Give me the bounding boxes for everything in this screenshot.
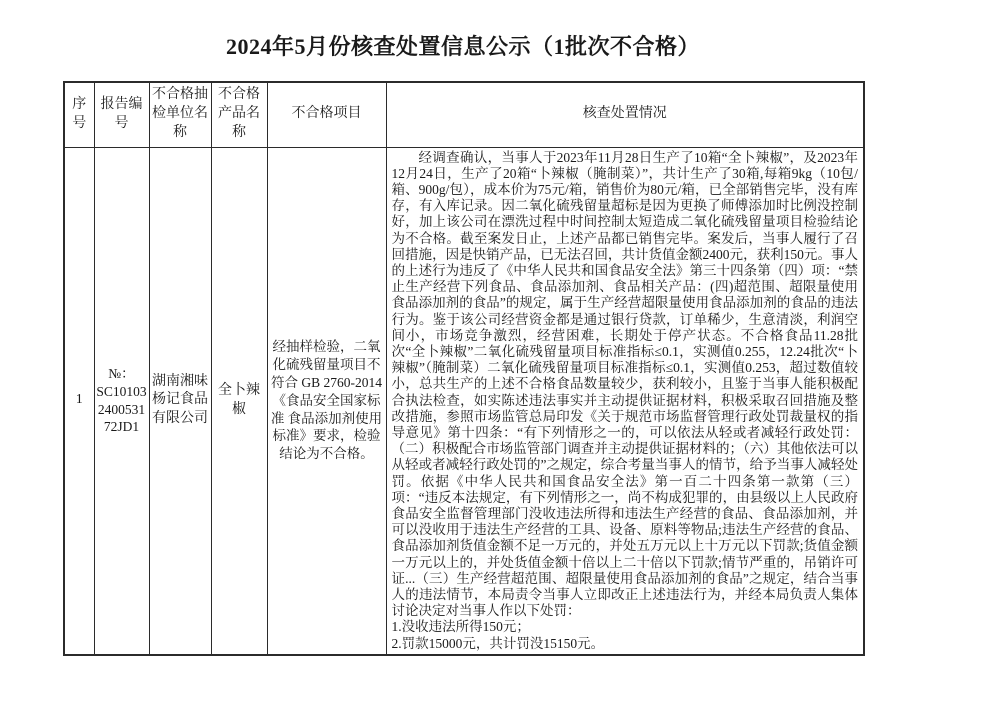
cell-seq: 1 <box>64 147 94 655</box>
col-header-disposal: 核查处置情况 <box>386 82 864 147</box>
col-header-company: 不合格抽检单位名称 <box>149 82 211 147</box>
cell-report-no: №： SC10103 2400531 72JD1 <box>94 147 149 655</box>
col-header-report: 报告编号 <box>94 82 149 147</box>
cell-issue: 经抽样检验，二氧化硫残留量项目不符合 GB 2760-2014《食品安全国家标准… <box>267 147 386 655</box>
col-header-issue: 不合格项目 <box>267 82 386 147</box>
table-header-row: 序号 报告编号 不合格抽检单位名称 不合格产品名称 不合格项目 核查处置情况 <box>64 82 864 147</box>
document-page: 2024年5月份核查处置信息公示（1批次不合格） 序号 报告编号 不合格抽检单位… <box>0 0 1000 706</box>
col-header-product: 不合格产品名称 <box>211 82 267 147</box>
penalty-line-1: 1.没收违法所得150元； <box>392 619 859 635</box>
disposal-paragraph: 经调查确认，当事人于2023年11月28日生产了10箱“全卜辣椒”，及2023年… <box>392 150 859 620</box>
cell-disposal: 经调查确认，当事人于2023年11月28日生产了10箱“全卜辣椒”，及2023年… <box>386 147 864 655</box>
col-header-seq: 序号 <box>64 82 94 147</box>
cell-product: 全卜辣椒 <box>211 147 267 655</box>
penalty-line-2: 2.罚款15000元，共计罚没15150元。 <box>392 636 859 652</box>
disposal-table: 序号 报告编号 不合格抽检单位名称 不合格产品名称 不合格项目 核查处置情况 1… <box>63 81 865 656</box>
cell-company: 湖南湘味杨记食品有限公司 <box>149 147 211 655</box>
document-title: 2024年5月份核查处置信息公示（1批次不合格） <box>63 30 863 61</box>
table-row: 1 №： SC10103 2400531 72JD1 湖南湘味杨记食品有限公司 … <box>64 147 864 655</box>
